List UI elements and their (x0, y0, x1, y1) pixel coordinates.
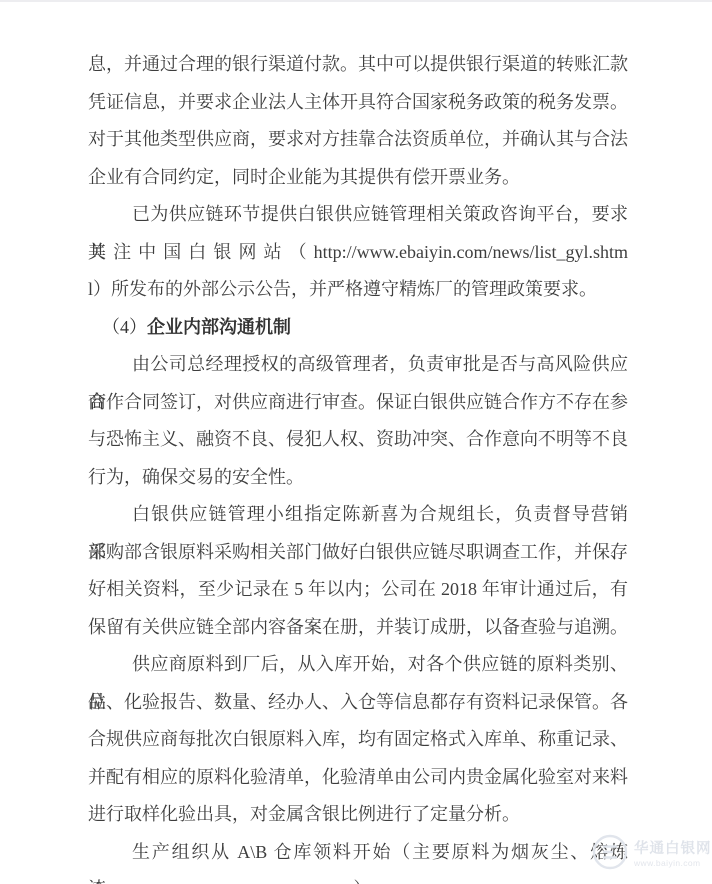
text-line: 并配有相应的原料化验清单，化验清单由公司内贵金属化验室对来料 (88, 759, 628, 797)
text-line: 合规供应商每批次白银原料入库，均有固定格式入库单、称重记录、 (88, 721, 628, 759)
text-line: l）所发布的外部公示公告，并严格遵守精炼厂的管理政策要求。 (88, 271, 628, 309)
text-line: 行为，确保交易的安全性。 (88, 459, 628, 497)
huatong-baiyin-logo-icon (591, 833, 629, 876)
text-line: 生产组织从 A\B 仓库领料开始（主要原料为烟灰尘、熔炼渣）、 (88, 834, 628, 872)
watermark: 华通白银网 www.baiyin.com (591, 833, 712, 876)
heading-title: 企业内部沟通机制 (147, 317, 291, 337)
paragraph: 已为供应链环节提供白银供应链管理相关策政咨询平台，要求其关注中国白银网站（htt… (88, 196, 628, 309)
text-line: 息，并通过合理的银行渠道付款。其中可以提供银行渠道的转账汇款 (88, 46, 628, 84)
text-line: 保留有关供应链全部内容备案在册，并装订成册，以备查验与追溯。 (88, 609, 628, 647)
watermark-site-url: www.baiyin.com (634, 859, 712, 868)
text-line: 凭证信息，并要求企业法人主体开具符合国家税务政策的税务发票。 (88, 84, 628, 122)
text-line: 采购部含银原料采购相关部门做好白银供应链尽职调查工作，并保存 (88, 534, 628, 572)
document-page: 息，并通过合理的银行渠道付款。其中可以提供银行渠道的转账汇款凭证信息，并要求企业… (0, 0, 712, 884)
text-line: 进行取样化验出具，对金属含银比例进行了定量分析。 (88, 796, 628, 834)
text-line: 好相关资料，至少记录在 5 年以内；公司在 2018 年审计通过后，有 (88, 571, 628, 609)
heading-number: （4） (102, 317, 147, 337)
text-line: 供应商原料到厂后，从入库开始，对各个供应链的原料类别、品 (88, 646, 628, 684)
text-line: 与恐怖主义、融资不良、侵犯人权、资助冲突、合作意向不明等不良 (88, 421, 628, 459)
text-line: 企业有合同约定，同时企业能为其提供有偿开票业务。 (88, 159, 628, 197)
text-line: 白银供应链管理小组指定陈新喜为合规组长，负责督导营销部、 (88, 496, 628, 534)
text-line: 合作合同签订，对供应商进行审查。保证白银供应链合作方不存在参 (88, 384, 628, 422)
watermark-site-name: 华通白银网 (634, 842, 712, 857)
page-top-edge (0, 0, 712, 2)
text-line: 位、化验报告、数量、经办人、入仓等信息都存有资料记录保管。各 (88, 684, 628, 722)
text-line: 由公司总经理授权的高级管理者，负责审批是否与高风险供应商 (88, 346, 628, 384)
watermark-text-block: 华通白银网 www.baiyin.com (634, 842, 712, 867)
paragraph: 由公司总经理授权的高级管理者，负责审批是否与高风险供应商合作合同签订，对供应商进… (88, 346, 628, 496)
paragraph: 息，并通过合理的银行渠道付款。其中可以提供银行渠道的转账汇款凭证信息，并要求企业… (88, 46, 628, 196)
text-line: 关注中国白银网站（http://www.ebaiyin.com/news/lis… (88, 234, 628, 272)
text-line: 已为供应链环节提供白银供应链管理相关策政咨询平台，要求其 (88, 196, 628, 234)
section-heading: （4）企业内部沟通机制 (88, 309, 628, 347)
text-line: 对于其他类型供应商，要求对方挂靠合法资质单位，并确认其与合法 (88, 121, 628, 159)
paragraph: 生产组织从 A\B 仓库领料开始（主要原料为烟灰尘、熔炼渣）、 (88, 834, 628, 872)
paragraph: 白银供应链管理小组指定陈新喜为合规组长，负责督导营销部、采购部含银原料采购相关部… (88, 496, 628, 646)
document-body: 息，并通过合理的银行渠道付款。其中可以提供银行渠道的转账汇款凭证信息，并要求企业… (88, 46, 628, 871)
paragraph: 供应商原料到厂后，从入库开始，对各个供应链的原料类别、品位、化验报告、数量、经办… (88, 646, 628, 834)
